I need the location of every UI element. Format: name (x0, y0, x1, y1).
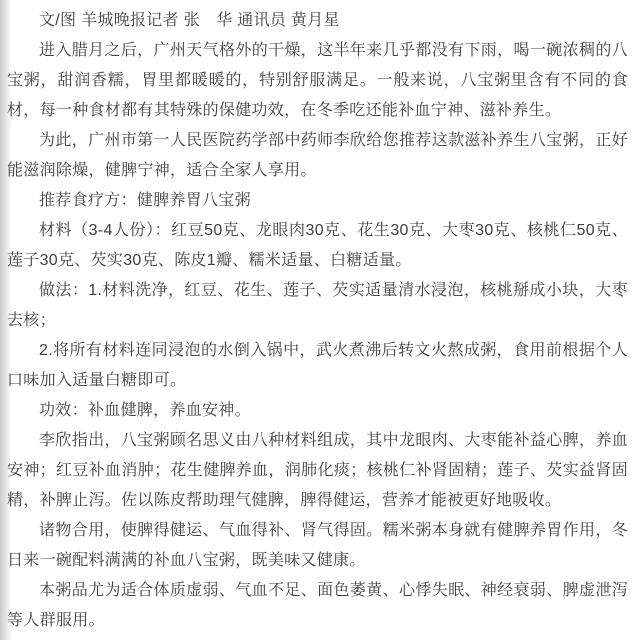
article-body: 文/图 羊城晚报记者 张 华 通讯员 黄月星进入腊月之后，广州天气格外的干燥，这… (0, 0, 635, 636)
article-paragraph: 2.将所有材料连同浸泡的水倒入锅中，武火煮沸后转文火熬成粥，食用前根据个人口味加… (7, 336, 628, 396)
article-paragraph: 做法：1.材料洗净，红豆、花生、莲子、芡实适量清水浸泡，核桃掰成小块，大枣去核； (7, 276, 628, 336)
article-paragraph: 诸物合用，使脾得健运、气血得补、肾气得固。糯米粥本身就有健脾养胃作用，冬日来一碗… (7, 516, 628, 576)
article-paragraph: 为此，广州市第一人民医院药学部中药师李欣给您推荐这款滋补养生八宝粥，正好能滋润除… (7, 126, 628, 186)
byline-paragraph: 文/图 羊城晚报记者 张 华 通讯员 黄月星 (7, 6, 628, 36)
article-paragraph: 李欣指出，八宝粥顾名思义由八种材料组成，其中龙眼肉、大枣能补益心脾，养血安神；红… (7, 426, 628, 516)
article-paragraph: 进入腊月之后，广州天气格外的干燥，这半年来几乎都没有下雨，喝一碗浓稠的八宝粥，甜… (7, 36, 628, 126)
article-paragraph: 推荐食疗方：健脾养胃八宝粥 (7, 186, 628, 216)
article-paragraph: 材料（3-4人份）：红豆50克、龙眼肉30克、花生30克、大枣30克、核桃仁50… (7, 216, 628, 276)
article-paragraph: 功效：补血健脾，养血安神。 (7, 396, 628, 426)
article-page: 文/图 羊城晚报记者 张 华 通讯员 黄月星进入腊月之后，广州天气格外的干燥，这… (0, 0, 635, 640)
article-paragraph: 本粥品尤为适合体质虚弱、气血不足、面色萎黄、心悸失眠、神经衰弱、脾虚泄泻等人群服… (7, 576, 628, 636)
